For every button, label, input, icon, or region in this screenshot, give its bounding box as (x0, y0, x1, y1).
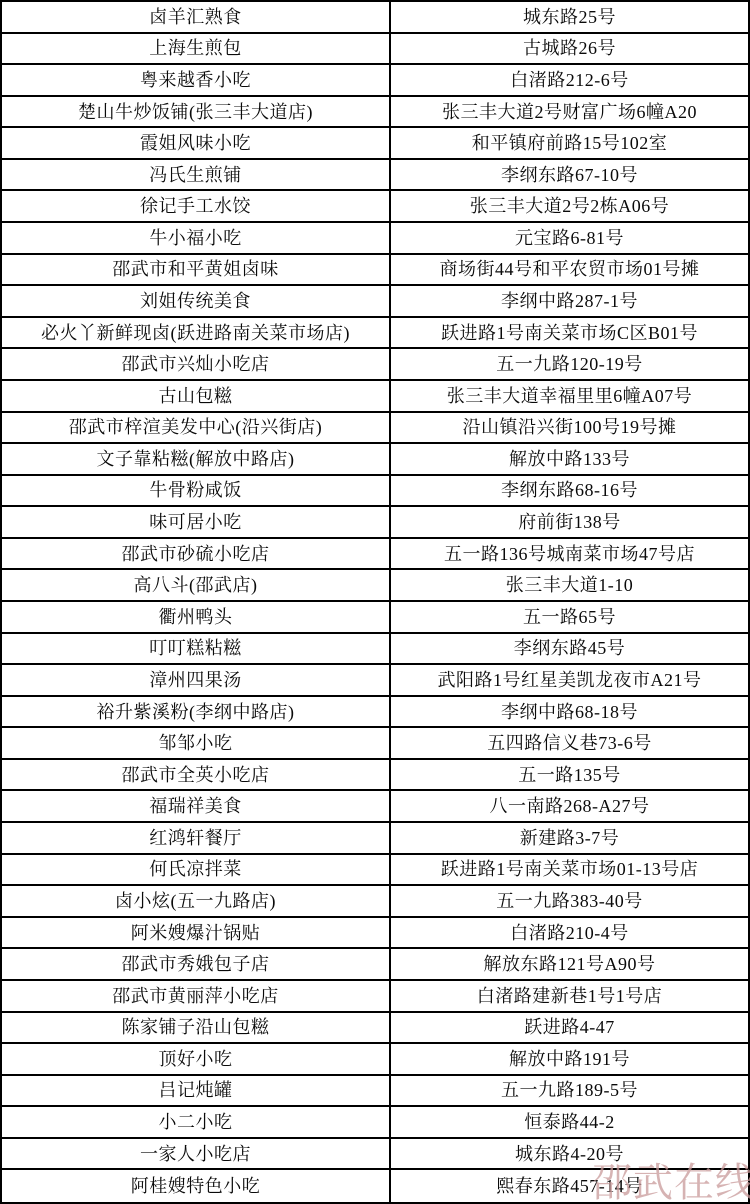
address-cell: 张三丰大道幸福里里6幢A07号 (391, 381, 748, 413)
shop-name-cell: 裕升紫溪粉(李纲中路店) (2, 697, 391, 729)
address-cell: 武阳路1号红星美凯龙夜市A21号 (391, 665, 748, 697)
shop-name-cell: 邵武市秀娥包子店 (2, 949, 391, 981)
shop-name-cell: 邵武市梓渲美发中心(沿兴街店) (2, 413, 391, 445)
shop-name-cell: 邵武市兴灿小吃店 (2, 349, 391, 381)
shop-name-cell: 必火丫新鲜现卤(跃进路南关菜市场店) (2, 318, 391, 350)
shop-name-cell: 邵武市和平黄姐卤味 (2, 255, 391, 287)
shop-name-cell: 阿桂嫂特色小吃 (2, 1170, 391, 1202)
shop-name-cell: 何氏凉拌菜 (2, 855, 391, 887)
shop-name-cell: 邹邹小吃 (2, 728, 391, 760)
shop-name-cell: 牛骨粉咸饭 (2, 476, 391, 508)
shop-name-cell: 味可居小吃 (2, 507, 391, 539)
address-cell: 古城路26号 (391, 34, 748, 66)
shop-name-cell: 漳州四果汤 (2, 665, 391, 697)
shop-name-cell: 刘姐传统美食 (2, 286, 391, 318)
shop-address-table: 卤羊汇熟食城东路25号上海生煎包古城路26号粤来越香小吃白渚路212-6号楚山牛… (0, 0, 750, 1204)
address-cell: 新建路3-7号 (391, 823, 748, 855)
address-cell: 五一九路120-19号 (391, 349, 748, 381)
address-cell: 沿山镇沿兴街100号19号摊 (391, 413, 748, 445)
shop-name-cell: 吕记炖罐 (2, 1076, 391, 1108)
shop-name-cell: 霞姐风味小吃 (2, 128, 391, 160)
address-cell: 五一九路189-5号 (391, 1076, 748, 1108)
shop-name-cell: 粤来越香小吃 (2, 65, 391, 97)
address-cell: 五四路信义巷73-6号 (391, 728, 748, 760)
shop-name-cell: 徐记手工水饺 (2, 191, 391, 223)
address-cell: 跃进路1号南关菜市场C区B01号 (391, 318, 748, 350)
shop-name-cell: 邵武市黄丽萍小吃店 (2, 981, 391, 1013)
address-cell: 五一路136号城南菜市场47号店 (391, 539, 748, 571)
address-cell: 元宝路6-81号 (391, 223, 748, 255)
address-cell: 解放东路121号A90号 (391, 949, 748, 981)
address-cell: 张三丰大道2号2栋A06号 (391, 191, 748, 223)
address-cell: 张三丰大道2号财富广场6幢A20 (391, 97, 748, 129)
shop-name-cell: 邵武市砂硫小吃店 (2, 539, 391, 571)
shop-name-cell: 冯氏生煎铺 (2, 160, 391, 192)
address-cell: 李纲东路45号 (391, 634, 748, 666)
shop-name-cell: 卤小炫(五一九路店) (2, 886, 391, 918)
shop-name-cell: 叮叮糕粘糍 (2, 634, 391, 666)
address-cell: 张三丰大道1-10 (391, 570, 748, 602)
address-cell: 府前街138号 (391, 507, 748, 539)
address-cell: 李纲东路67-10号 (391, 160, 748, 192)
address-cell: 城东路4-20号 (391, 1139, 748, 1171)
shop-name-cell: 楚山牛炒饭铺(张三丰大道店) (2, 97, 391, 129)
address-cell: 熙春东路457-14号 (391, 1170, 748, 1202)
shop-name-cell: 上海生煎包 (2, 34, 391, 66)
address-cell: 解放中路191号 (391, 1044, 748, 1076)
shop-name-cell: 邵武市全英小吃店 (2, 760, 391, 792)
address-cell: 五一路135号 (391, 760, 748, 792)
address-cell: 跃进路4-47 (391, 1013, 748, 1045)
address-cell: 解放中路133号 (391, 444, 748, 476)
address-cell: 五一路65号 (391, 602, 748, 634)
address-cell: 跃进路1号南关菜市场01-13号店 (391, 855, 748, 887)
address-cell: 李纲中路287-1号 (391, 286, 748, 318)
shop-name-cell: 一家人小吃店 (2, 1139, 391, 1171)
shop-name-cell: 陈家铺子沿山包糍 (2, 1013, 391, 1045)
address-cell: 白渚路建新巷1号1号店 (391, 981, 748, 1013)
address-cell: 城东路25号 (391, 2, 748, 34)
shop-name-cell: 卤羊汇熟食 (2, 2, 391, 34)
shop-name-cell: 高八斗(邵武店) (2, 570, 391, 602)
shop-name-cell: 红鸿轩餐厅 (2, 823, 391, 855)
address-cell: 白渚路212-6号 (391, 65, 748, 97)
address-cell: 李纲东路68-16号 (391, 476, 748, 508)
shop-name-cell: 阿米嫂爆汁锅贴 (2, 918, 391, 950)
shop-name-cell: 小二小吃 (2, 1107, 391, 1139)
shop-name-cell: 衢州鸭头 (2, 602, 391, 634)
address-cell: 八一南路268-A27号 (391, 791, 748, 823)
address-cell: 李纲中路68-18号 (391, 697, 748, 729)
address-cell: 和平镇府前路15号102室 (391, 128, 748, 160)
address-cell: 五一九路383-40号 (391, 886, 748, 918)
shop-name-cell: 文子靠粘糍(解放中路店) (2, 444, 391, 476)
shop-name-cell: 牛小福小吃 (2, 223, 391, 255)
shop-name-cell: 顶好小吃 (2, 1044, 391, 1076)
shop-name-cell: 福瑞祥美食 (2, 791, 391, 823)
address-cell: 商场街44号和平农贸市场01号摊 (391, 255, 748, 287)
address-cell: 白渚路210-4号 (391, 918, 748, 950)
shop-name-cell: 古山包糍 (2, 381, 391, 413)
address-cell: 恒泰路44-2 (391, 1107, 748, 1139)
